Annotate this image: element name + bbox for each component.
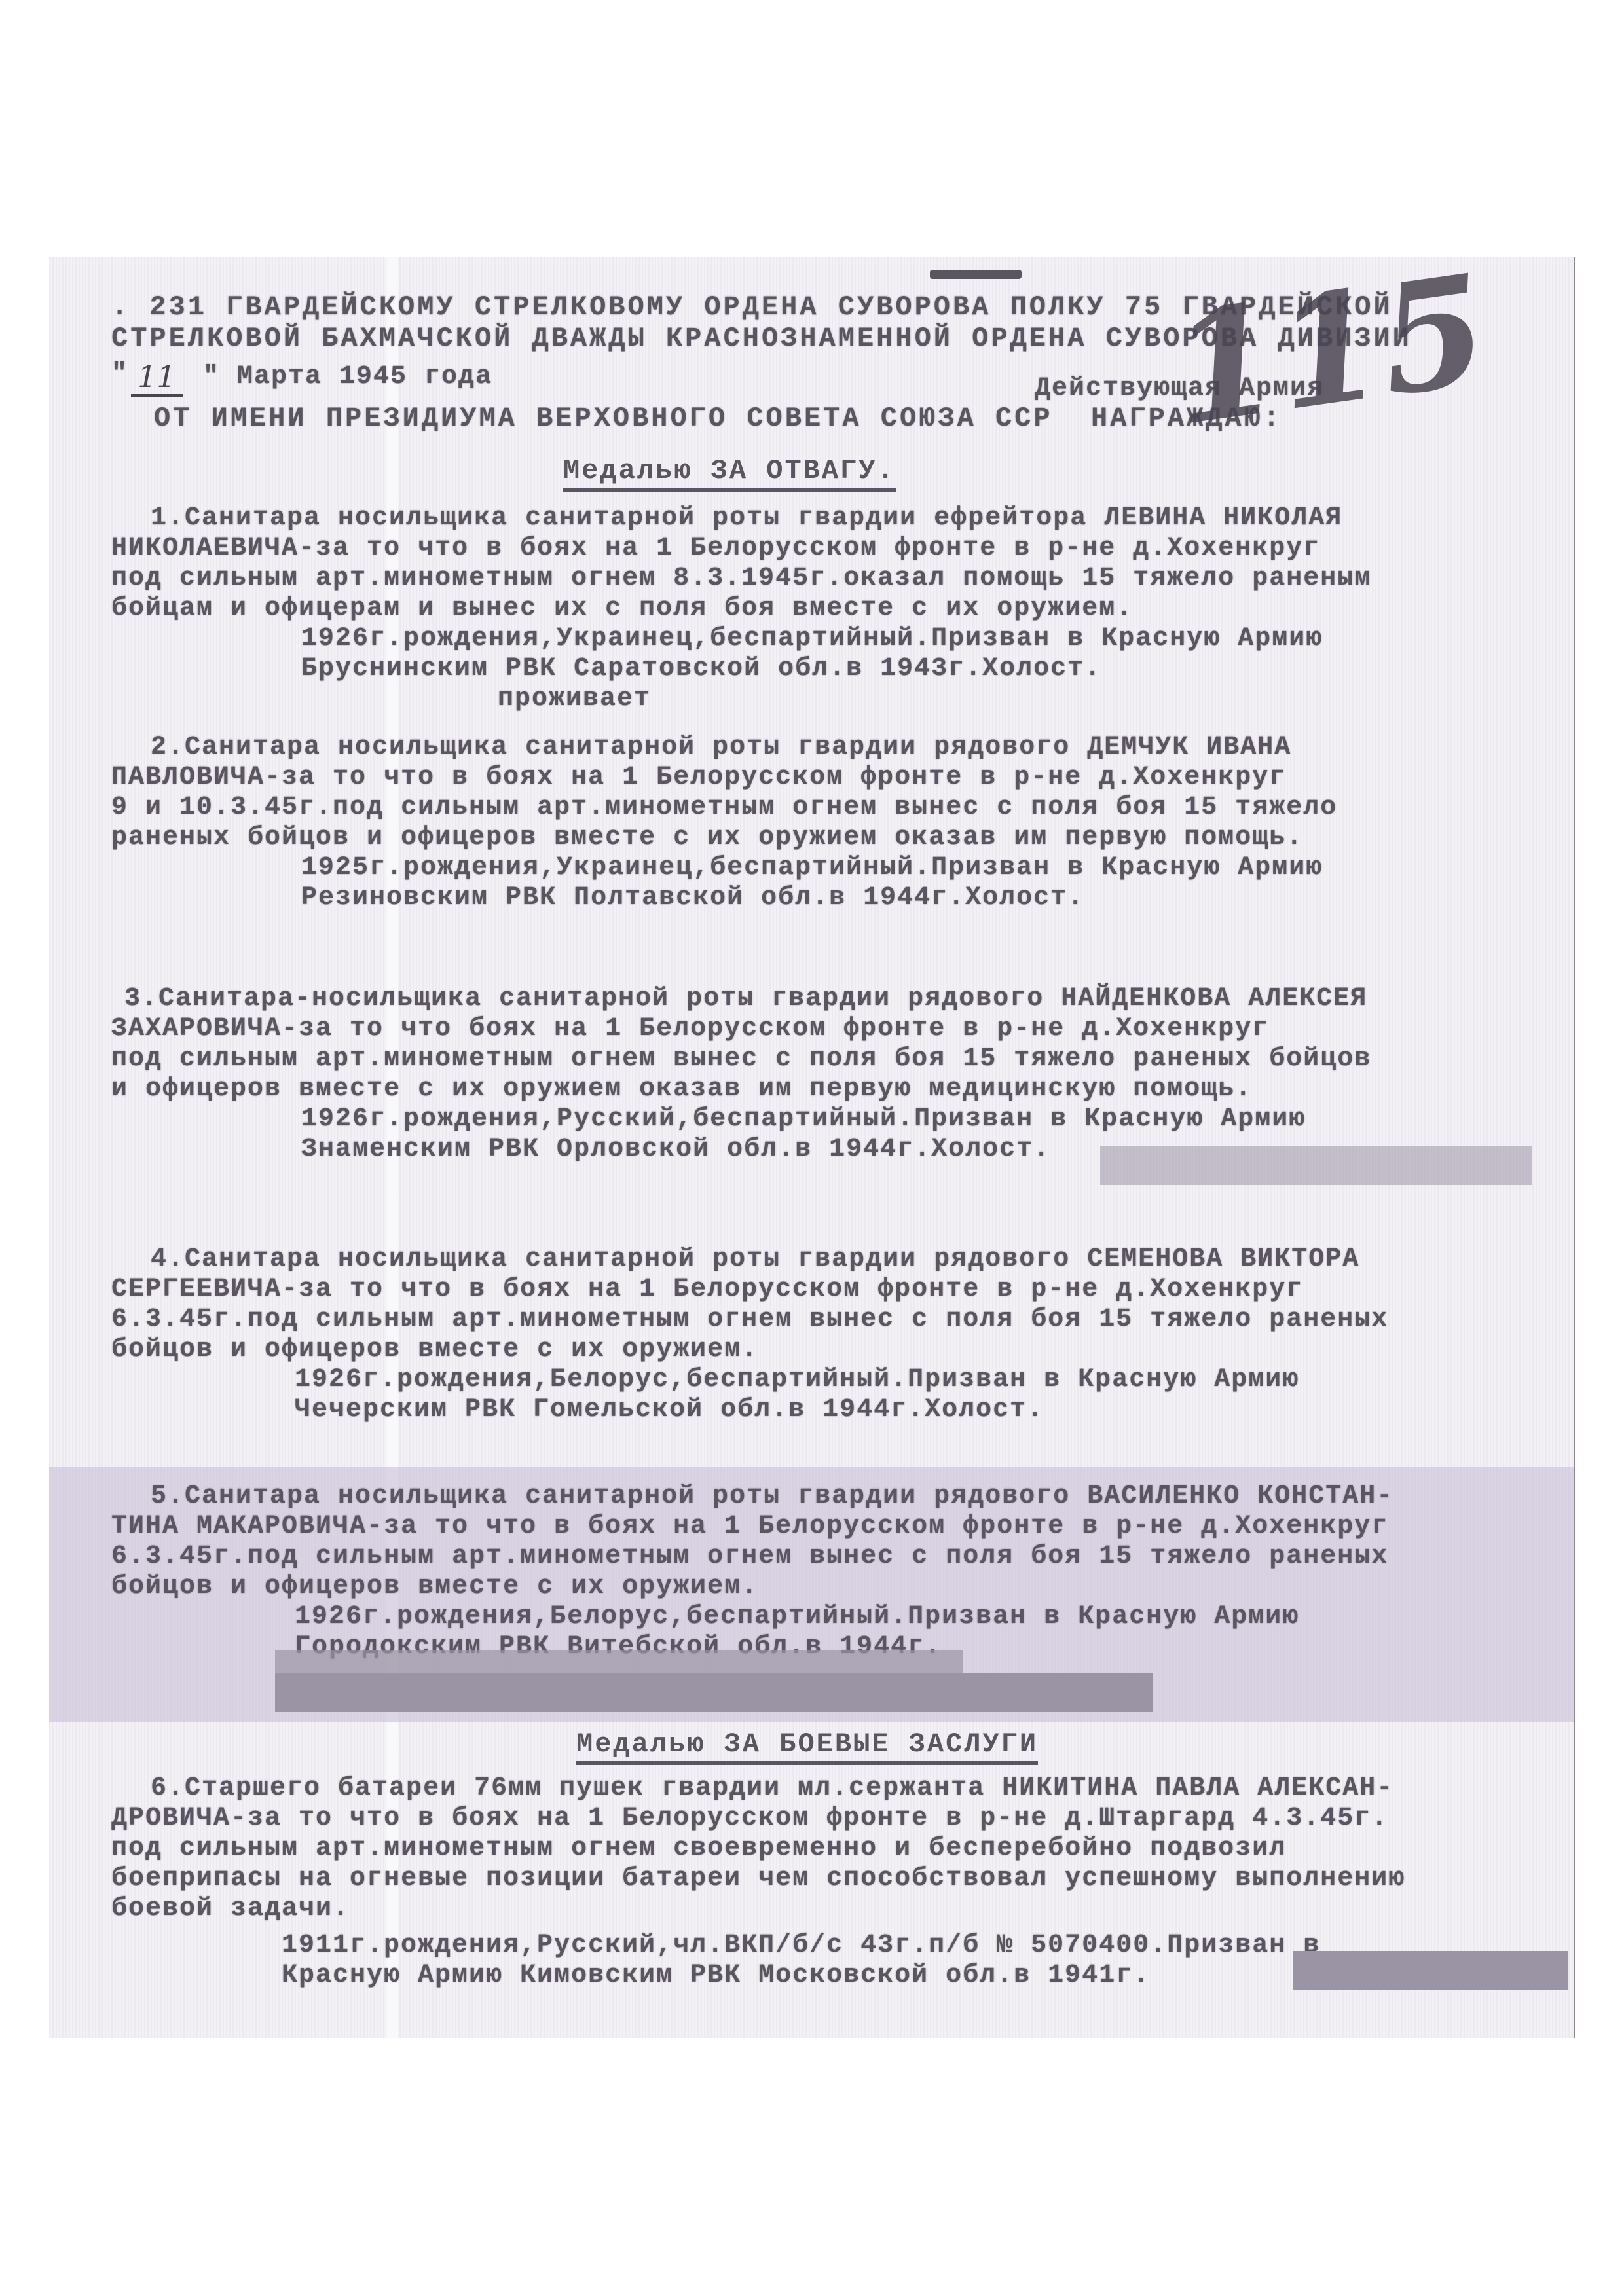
entry-line: бойцов и офицеров вместе с их оружием. [111,1334,758,1366]
entry-bio: 1925г.рождения,Украинец,беспартийный.При… [301,852,1323,884]
date-rest: " Марта 1945 года [203,361,492,393]
entry-line: 9 и 10.3.45г.под сильным арт.минометным … [111,792,1337,824]
entry-note: проживает [498,683,651,715]
entry-line: ТИНА МАКАРОВИЧА-за то что в боях на 1 Бе… [111,1511,1388,1542]
entry-line: СЕРГЕЕВИЧА-за то что в боях на 1 Белорус… [111,1274,1303,1305]
decree-line: ОТ ИМЕНИ ПРЕЗИДИУМА ВЕРХОВНОГО СОВЕТА СО… [154,403,1282,434]
entry-bio: Красную Армию Кимовским РВК Московской о… [282,1960,1150,1992]
redaction-bar [1293,1951,1568,1990]
entry-bio: 1926г.рождения,Белорус,беспартийный.Приз… [295,1601,1299,1633]
entry-line: 4.Санитара носильщика санитарной роты гв… [151,1244,1359,1275]
entry-bio: Чечерским РВК Гомельской обл.в 1944г.Хол… [295,1394,1044,1426]
redaction-bar [275,1673,1153,1712]
entry-bio: 1926г.рождения,Русский,беспартийный.Приз… [301,1104,1306,1135]
entry-line: 1.Санитара носильщика санитарной роты гв… [151,503,1342,534]
entry-line: боеприпасы на огневые позиции батареи че… [111,1863,1405,1895]
section-title-combat-merit: Медалью ЗА БОЕВЫЕ ЗАСЛУГИ [576,1728,1038,1765]
entry-bio: Бруснинским РВК Саратовской обл.в 1943г.… [301,653,1101,685]
entry-line: бойцам и офицерам и вынес их с поля боя … [111,593,1133,625]
entry-line: бойцов и офицеров вместе с их оружием. [111,1571,758,1603]
entry-bio: Резиновским РВК Полтавской обл.в 1944г.Х… [301,883,1084,914]
entry-line: 5.Санитара носильщика санитарной роты гв… [151,1481,1393,1512]
date-open-quote: " [111,359,128,390]
entry-line: ДРОВИЧА-за то что в боях на 1 Белорусско… [111,1803,1388,1834]
redaction-bar [1100,1146,1532,1185]
entry-line: под сильным арт.минометным огнем своевре… [111,1833,1286,1865]
entry-line: боевой задачи. [111,1893,350,1925]
date-day-handwritten: 11 [131,359,183,397]
entry-line: под сильным арт.минометным огнем вынес с… [111,1044,1371,1075]
section-title-valor: Медалью ЗА ОТВАГУ. [563,455,896,492]
redaction-bar [275,1650,963,1676]
entry-bio: 1911г.рождения,Русский,чл.ВКП/б/с 43г.п/… [282,1930,1320,1961]
entry-bio: Знаменским РВК Орловской обл.в 1944г.Хол… [301,1134,1050,1165]
entry-line: ЗАХАРОВИЧА-за то что боях на 1 Белорусск… [111,1013,1269,1045]
entry-line: под сильным арт.минометным огнем 8.3.194… [111,563,1371,594]
entry-line: 6.Старшего батареи 76мм пушек гвардии мл… [151,1773,1393,1804]
entry-bio: 1926г.рождения,Белорус,беспартийный.Приз… [295,1364,1299,1396]
entry-line: НИКОЛАЕВИЧА-за то что в боях на 1 Белору… [111,533,1320,564]
entry-line: ПАВЛОВИЧА-за то что в боях на 1 Белорусс… [111,762,1286,793]
entry-bio: 1926г.рождения,Украинец,беспартийный.При… [301,623,1323,655]
entry-line: 2.Санитара носильщика санитарной роты гв… [151,732,1291,763]
entry-line: раненых бойцов и офицеров вместе с их ор… [111,822,1303,854]
entry-line: 6.3.45г.под сильным арт.минометным огнем… [111,1541,1388,1573]
entry-line: 6.3.45г.под сильным арт.минометным огнем… [111,1304,1388,1336]
header-rule [930,270,1022,279]
entry-line: 3.Санитара-носильщика санитарной роты гв… [124,983,1367,1015]
entry-line: и офицеров вместе с их оружием оказав им… [111,1074,1252,1105]
